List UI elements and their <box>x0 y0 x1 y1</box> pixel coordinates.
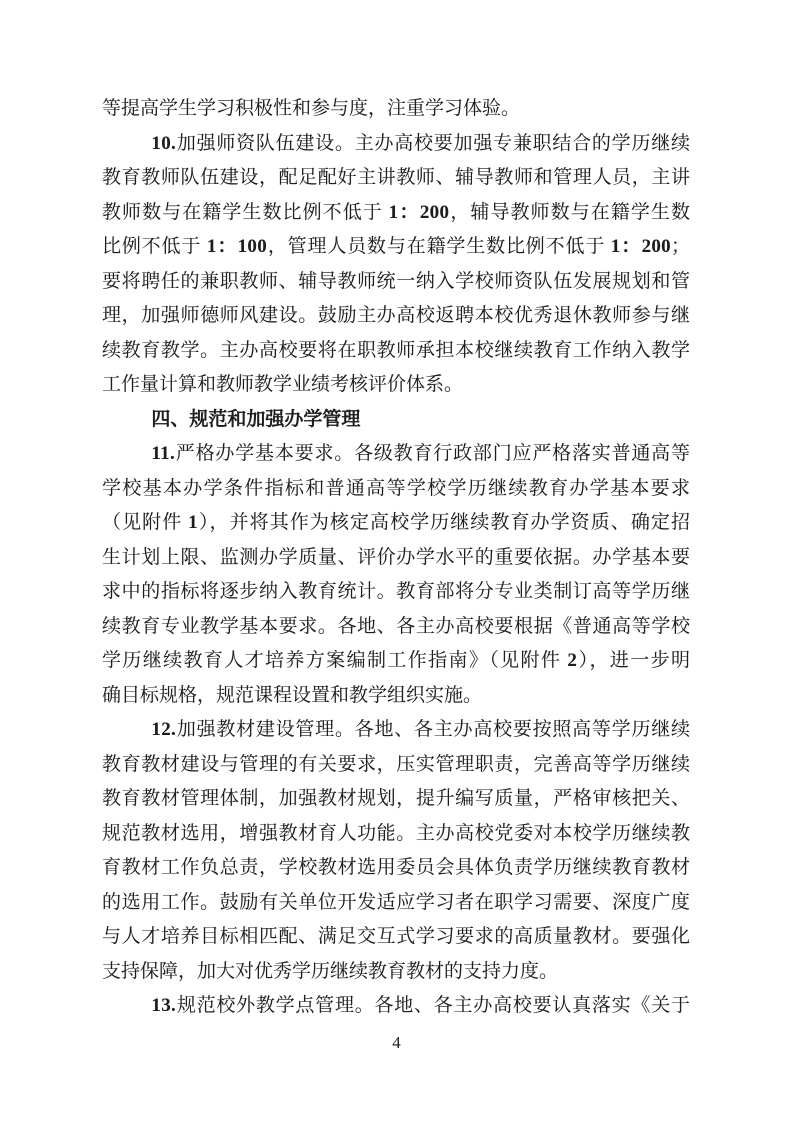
text-line: 的选用工作。鼓励有关单位开发适应学习者在职学习需要、深度广度 <box>102 886 690 921</box>
text-line: 等提高学生学习积极性和参与度，注重学习体验。 <box>102 92 690 127</box>
text-line: 学历继续教育人才培养方案编制工作指南》（见附件 2），进一步明 <box>102 644 690 679</box>
text-line: 比例不低于 1：100，管理人员数与在籍学生数比例不低于 1：200； <box>102 230 690 265</box>
text-line: 与人才培养目标相匹配、满足交互式学习要求的高质量教材。要强化 <box>102 920 690 955</box>
text-line: 要将聘任的兼职教师、辅导教师统一纳入学校师资队伍发展规划和管 <box>102 265 690 300</box>
section-heading: 四、规范和加强办学管理 <box>102 403 690 438</box>
text-line: 教师数与在籍学生数比例不低于 1：200，辅导教师数与在籍学生数 <box>102 196 690 231</box>
text-line: 规范教材选用，增强教材育人功能。主办高校党委对本校学历继续教 <box>102 817 690 852</box>
text-line: 学校基本办学条件指标和普通高等学校学历继续教育办学基本要求 <box>102 472 690 507</box>
page-footer: 4 <box>0 1033 793 1053</box>
text-line: 11.严格办学基本要求。各级教育行政部门应严格落实普通高等 <box>102 437 690 472</box>
text-line: 13.规范校外教学点管理。各地、各主办高校要认真落实《关于 <box>102 989 690 1024</box>
text-line: 续教育专业教学基本要求。各地、各主办高校要根据《普通高等学校 <box>102 610 690 645</box>
text-line: 续教育教学。主办高校要将在职教师承担本校继续教育工作纳入教学 <box>102 334 690 369</box>
text-line: 12.加强教材建设管理。各地、各主办高校要按照高等学历继续 <box>102 713 690 748</box>
text-line: 生计划上限、监测办学质量、评价办学水平的重要依据。办学基本要 <box>102 541 690 576</box>
text-line: 工作量计算和教师教学业绩考核评价体系。 <box>102 368 690 403</box>
text-line: （见附件 1），并将其作为核定高校学历继续教育办学资质、确定招 <box>102 506 690 541</box>
text-line: 育教材工作负总责，学校教材选用委员会具体负责学历继续教育教材 <box>102 851 690 886</box>
text-line: 确目标规格，规范课程设置和教学组织实施。 <box>102 679 690 714</box>
text-line: 教育教材建设与管理的有关要求，压实管理职责，完善高等学历继续 <box>102 748 690 783</box>
text-line: 求中的指标将逐步纳入教育统计。教育部将分专业类制订高等学历继 <box>102 575 690 610</box>
document-page: 等提高学生学习积极性和参与度，注重学习体验。 10.加强师资队伍建设。主办高校要… <box>0 0 793 1122</box>
page-number: 4 <box>392 1033 401 1052</box>
text-line: 教育教师队伍建设，配足配好主讲教师、辅导教师和管理人员，主讲 <box>102 161 690 196</box>
text-line: 理，加强师德师风建设。鼓励主办高校返聘本校优秀退休教师参与继 <box>102 299 690 334</box>
text-line: 教育教材管理体制，加强教材规划，提升编写质量，严格审核把关、 <box>102 782 690 817</box>
text-block: 等提高学生学习积极性和参与度，注重学习体验。 10.加强师资队伍建设。主办高校要… <box>102 92 690 1024</box>
text-line: 支持保障，加大对优秀学历继续教育教材的支持力度。 <box>102 955 690 990</box>
text-line: 10.加强师资队伍建设。主办高校要加强专兼职结合的学历继续 <box>102 127 690 162</box>
